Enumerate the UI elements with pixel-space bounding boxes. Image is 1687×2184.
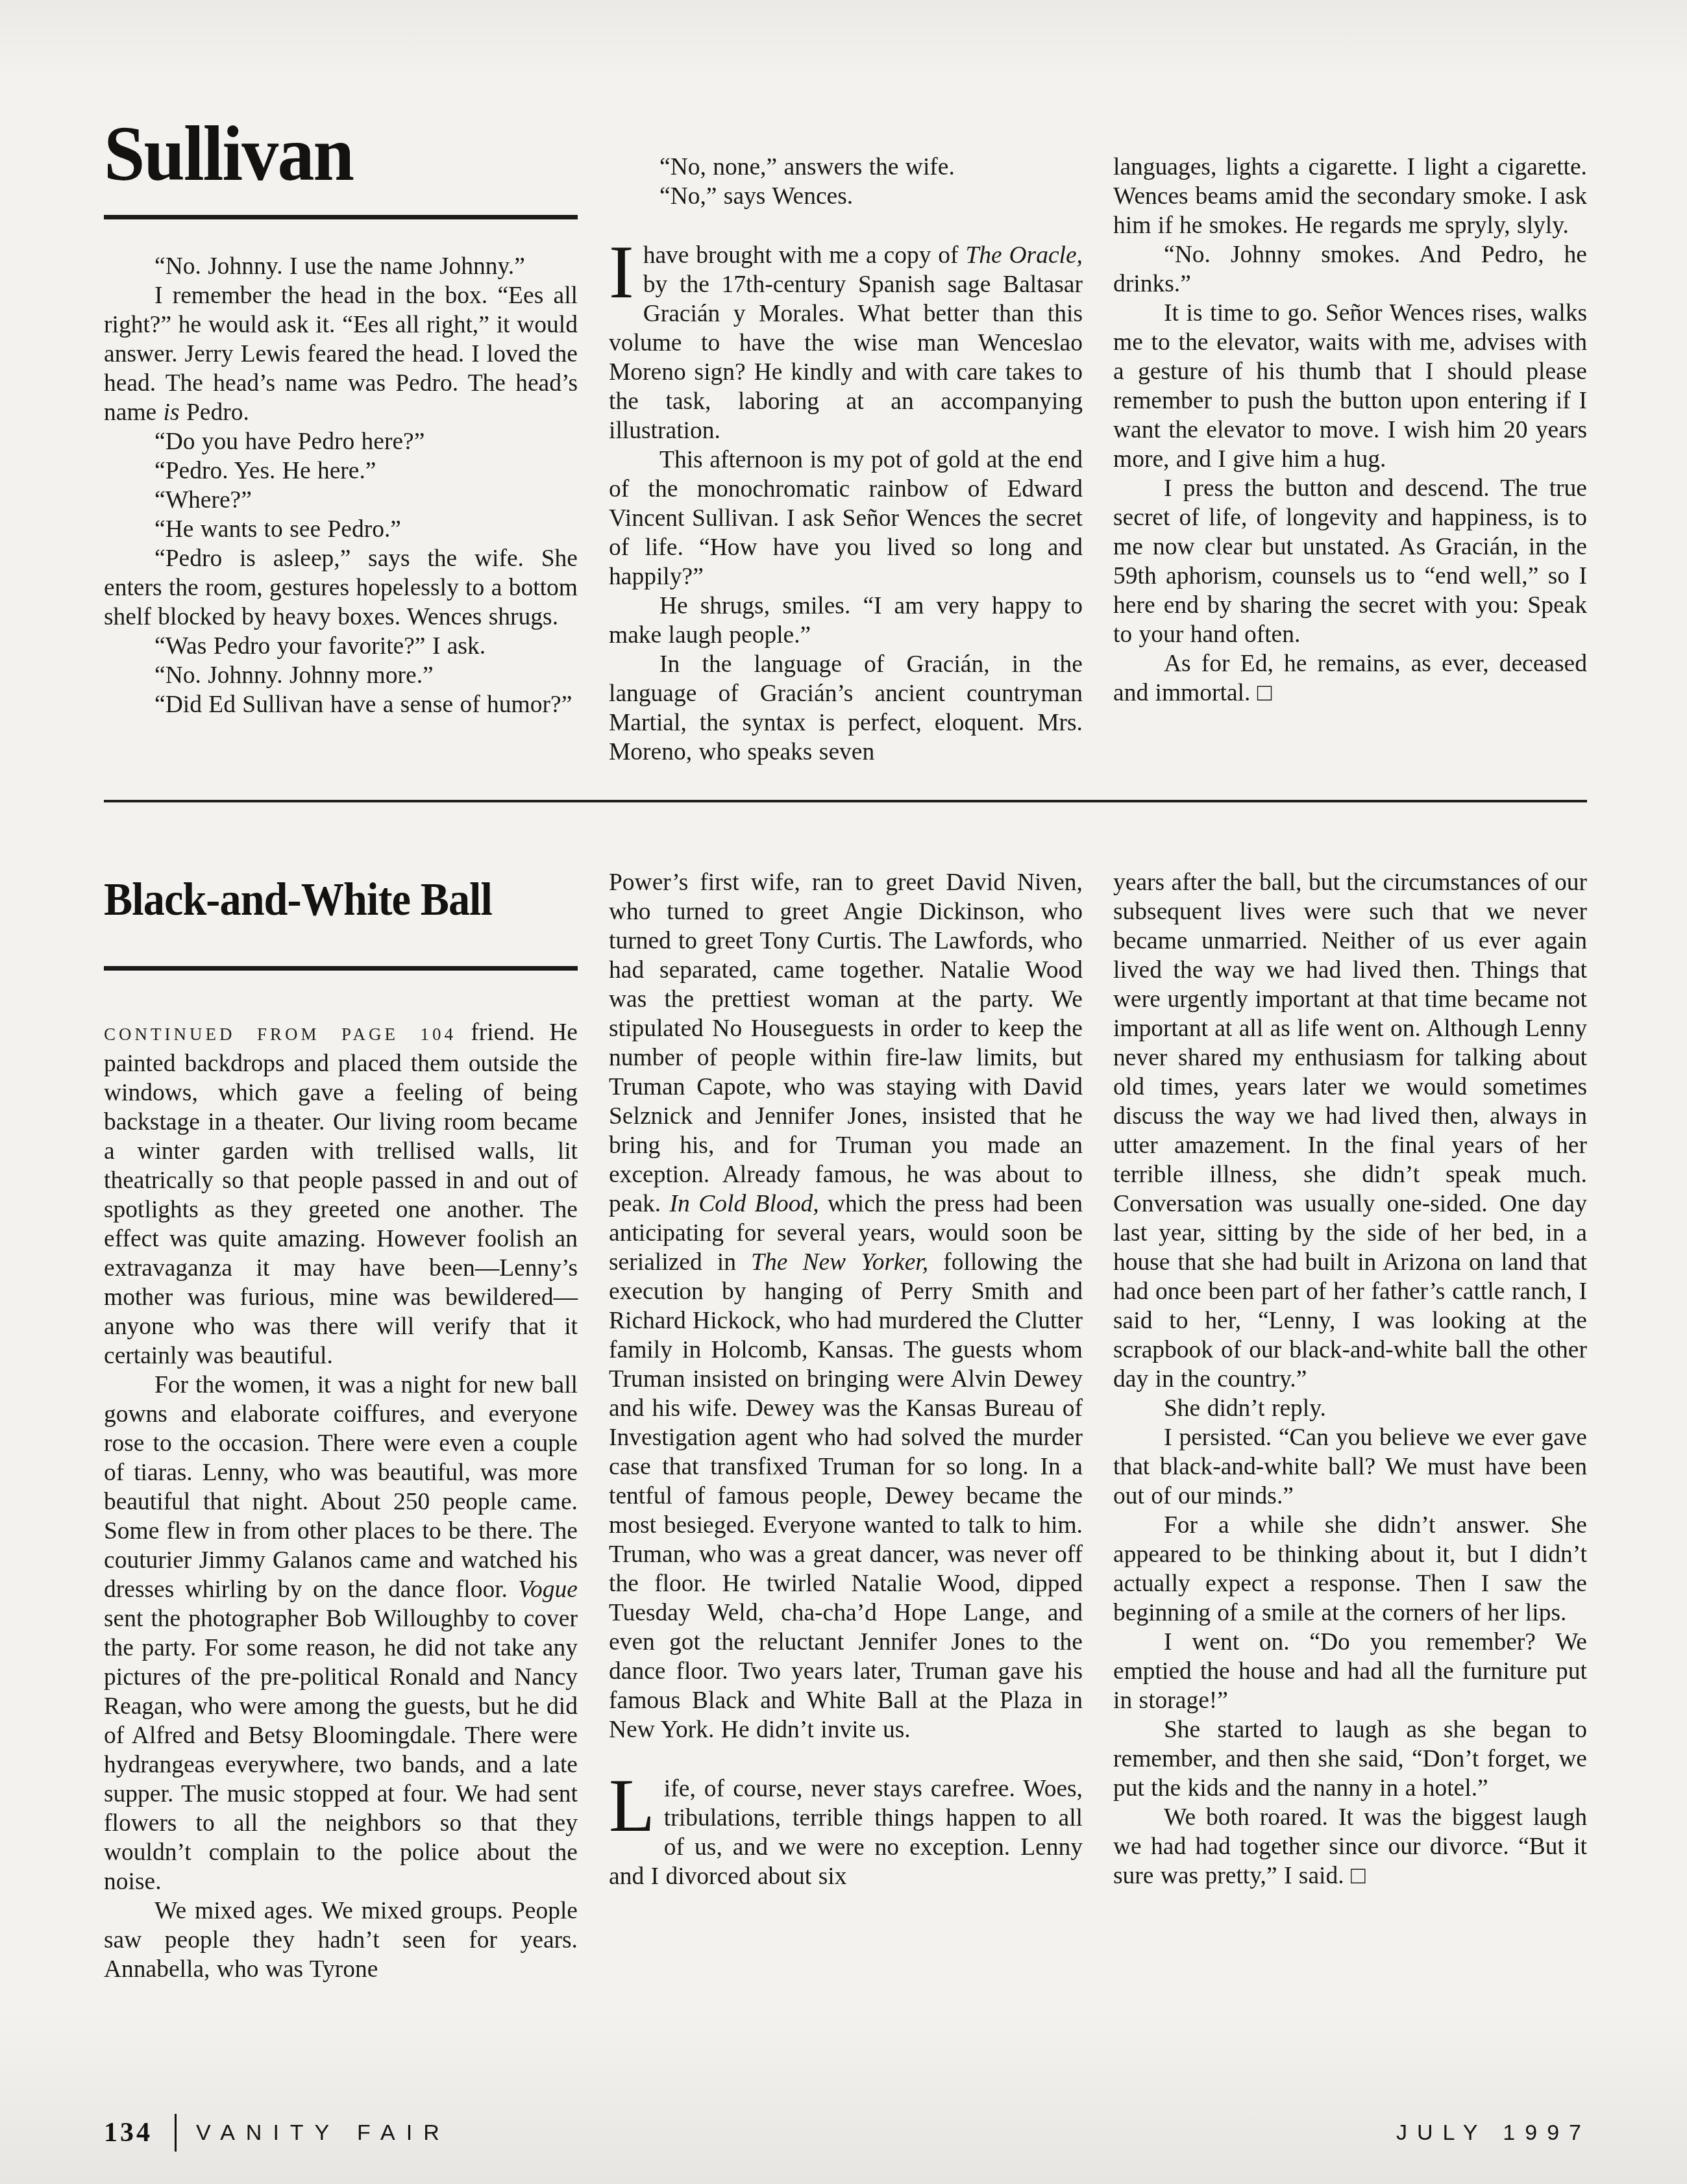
paragraph: Life, of course, never stays carefree. W… [609, 1774, 1083, 1891]
paragraph: “Did Ed Sullivan have a sense of humor?” [104, 690, 578, 719]
article-black-and-white-ball: Black-and-White Ball CONTINUED FROM PAGE… [104, 844, 1587, 2110]
paragraph: “No. Johnny. Johnny more.” [104, 661, 578, 690]
sullivan-column-1-wrap: Sullivan “No. Johnny. I use the name Joh… [104, 117, 578, 719]
paragraph: years after the ball, but the circumstan… [1113, 868, 1587, 1394]
page-footer: 134 VANITY FAIR JULY 1997 [104, 2114, 1591, 2152]
paragraph: “Pedro is asleep,” says the wife. She en… [104, 544, 578, 632]
paragraph: “No,” says Wences. [609, 182, 1083, 211]
paragraph: She didn’t reply. [1113, 1394, 1587, 1423]
paragraph: He shrugs, smiles. “I am very happy to m… [609, 591, 1083, 650]
paragraph: This afternoon is my pot of gold at the … [609, 445, 1083, 591]
drop-cap: I [609, 241, 643, 301]
drop-cap: L [609, 1774, 664, 1834]
paragraph: “No. Johnny. I use the name Johnny.” [104, 252, 578, 281]
sullivan-text-column-3: languages, lights a cigarette. I light a… [1113, 117, 1587, 708]
issue-date: JULY 1997 [1396, 2120, 1591, 2146]
ball-text-column-2: Power’s first wife, ran to greet David N… [609, 844, 1083, 1891]
magazine-name: VANITY FAIR [196, 2120, 450, 2146]
headline-rule [104, 966, 578, 971]
footer-left-block: 134 VANITY FAIR [104, 2114, 450, 2152]
paragraph: In the language of Gracián, in the langu… [609, 650, 1083, 767]
page-number: 134 [104, 2117, 153, 2148]
paragraph: CONTINUED FROM PAGE 104 friend. He paint… [104, 1018, 578, 1371]
paragraph: She started to laugh as she began to rem… [1113, 1715, 1587, 1803]
paragraph: For a while she didn’t answer. She appea… [1113, 1511, 1587, 1628]
sullivan-text-column-2: “No, none,” answers the wife.“No,” says … [609, 117, 1083, 767]
paragraph: I went on. “Do you remember? We emptied … [1113, 1628, 1587, 1715]
ball-column-1-wrap: Black-and-White Ball CONTINUED FROM PAGE… [104, 844, 578, 1984]
section-divider-rule [104, 800, 1587, 802]
paragraph: “Where?” [104, 486, 578, 515]
article-title-sullivan: Sullivan [104, 117, 554, 191]
paragraph: “No, none,” answers the wife. [609, 153, 1083, 182]
paragraph: I persisted. “Can you believe we ever ga… [1113, 1423, 1587, 1511]
paragraph: “He wants to see Pedro.” [104, 515, 578, 544]
headline-rule [104, 215, 578, 219]
paragraph: I have brought with me a copy of The Ora… [609, 241, 1083, 445]
paragraph: We both roared. It was the biggest laugh… [1113, 1803, 1587, 1891]
paragraph: “Was Pedro your favorite?” I ask. [104, 632, 578, 661]
ball-text-column-1: CONTINUED FROM PAGE 104 friend. He paint… [104, 1018, 578, 1984]
paragraph: We mixed ages. We mixed groups. People s… [104, 1896, 578, 1984]
paragraph: Power’s first wife, ran to greet David N… [609, 868, 1083, 1744]
footer-divider-bar [175, 2114, 177, 2152]
article-sullivan: Sullivan “No. Johnny. I use the name Joh… [104, 117, 1587, 799]
paragraph: languages, lights a cigarette. I light a… [1113, 153, 1587, 240]
sullivan-text-column-1: “No. Johnny. I use the name Johnny.”I re… [104, 252, 578, 719]
paragraph: “Pedro. Yes. He here.” [104, 456, 578, 486]
continued-from-label: CONTINUED FROM PAGE 104 [104, 1024, 456, 1044]
article-title-black-and-white-ball: Black-and-White Ball [104, 875, 540, 924]
paragraph: “Do you have Pedro here?” [104, 427, 578, 456]
paragraph: For the women, it was a night for new ba… [104, 1371, 578, 1896]
paragraph: I remember the head in the box. “Ees all… [104, 281, 578, 427]
paragraph: As for Ed, he remains, as ever, deceased… [1113, 649, 1587, 708]
magazine-page: Sullivan “No. Johnny. I use the name Joh… [0, 0, 1687, 2184]
ball-headline-block: Black-and-White Ball [104, 844, 578, 971]
paragraph: “No. Johnny smokes. And Pedro, he drinks… [1113, 240, 1587, 299]
paragraph: I press the button and descend. The true… [1113, 474, 1587, 649]
ball-text-column-3: years after the ball, but the circumstan… [1113, 844, 1587, 1891]
sullivan-headline-block: Sullivan [104, 117, 578, 219]
paragraph: It is time to go. Señor Wences rises, wa… [1113, 299, 1587, 474]
